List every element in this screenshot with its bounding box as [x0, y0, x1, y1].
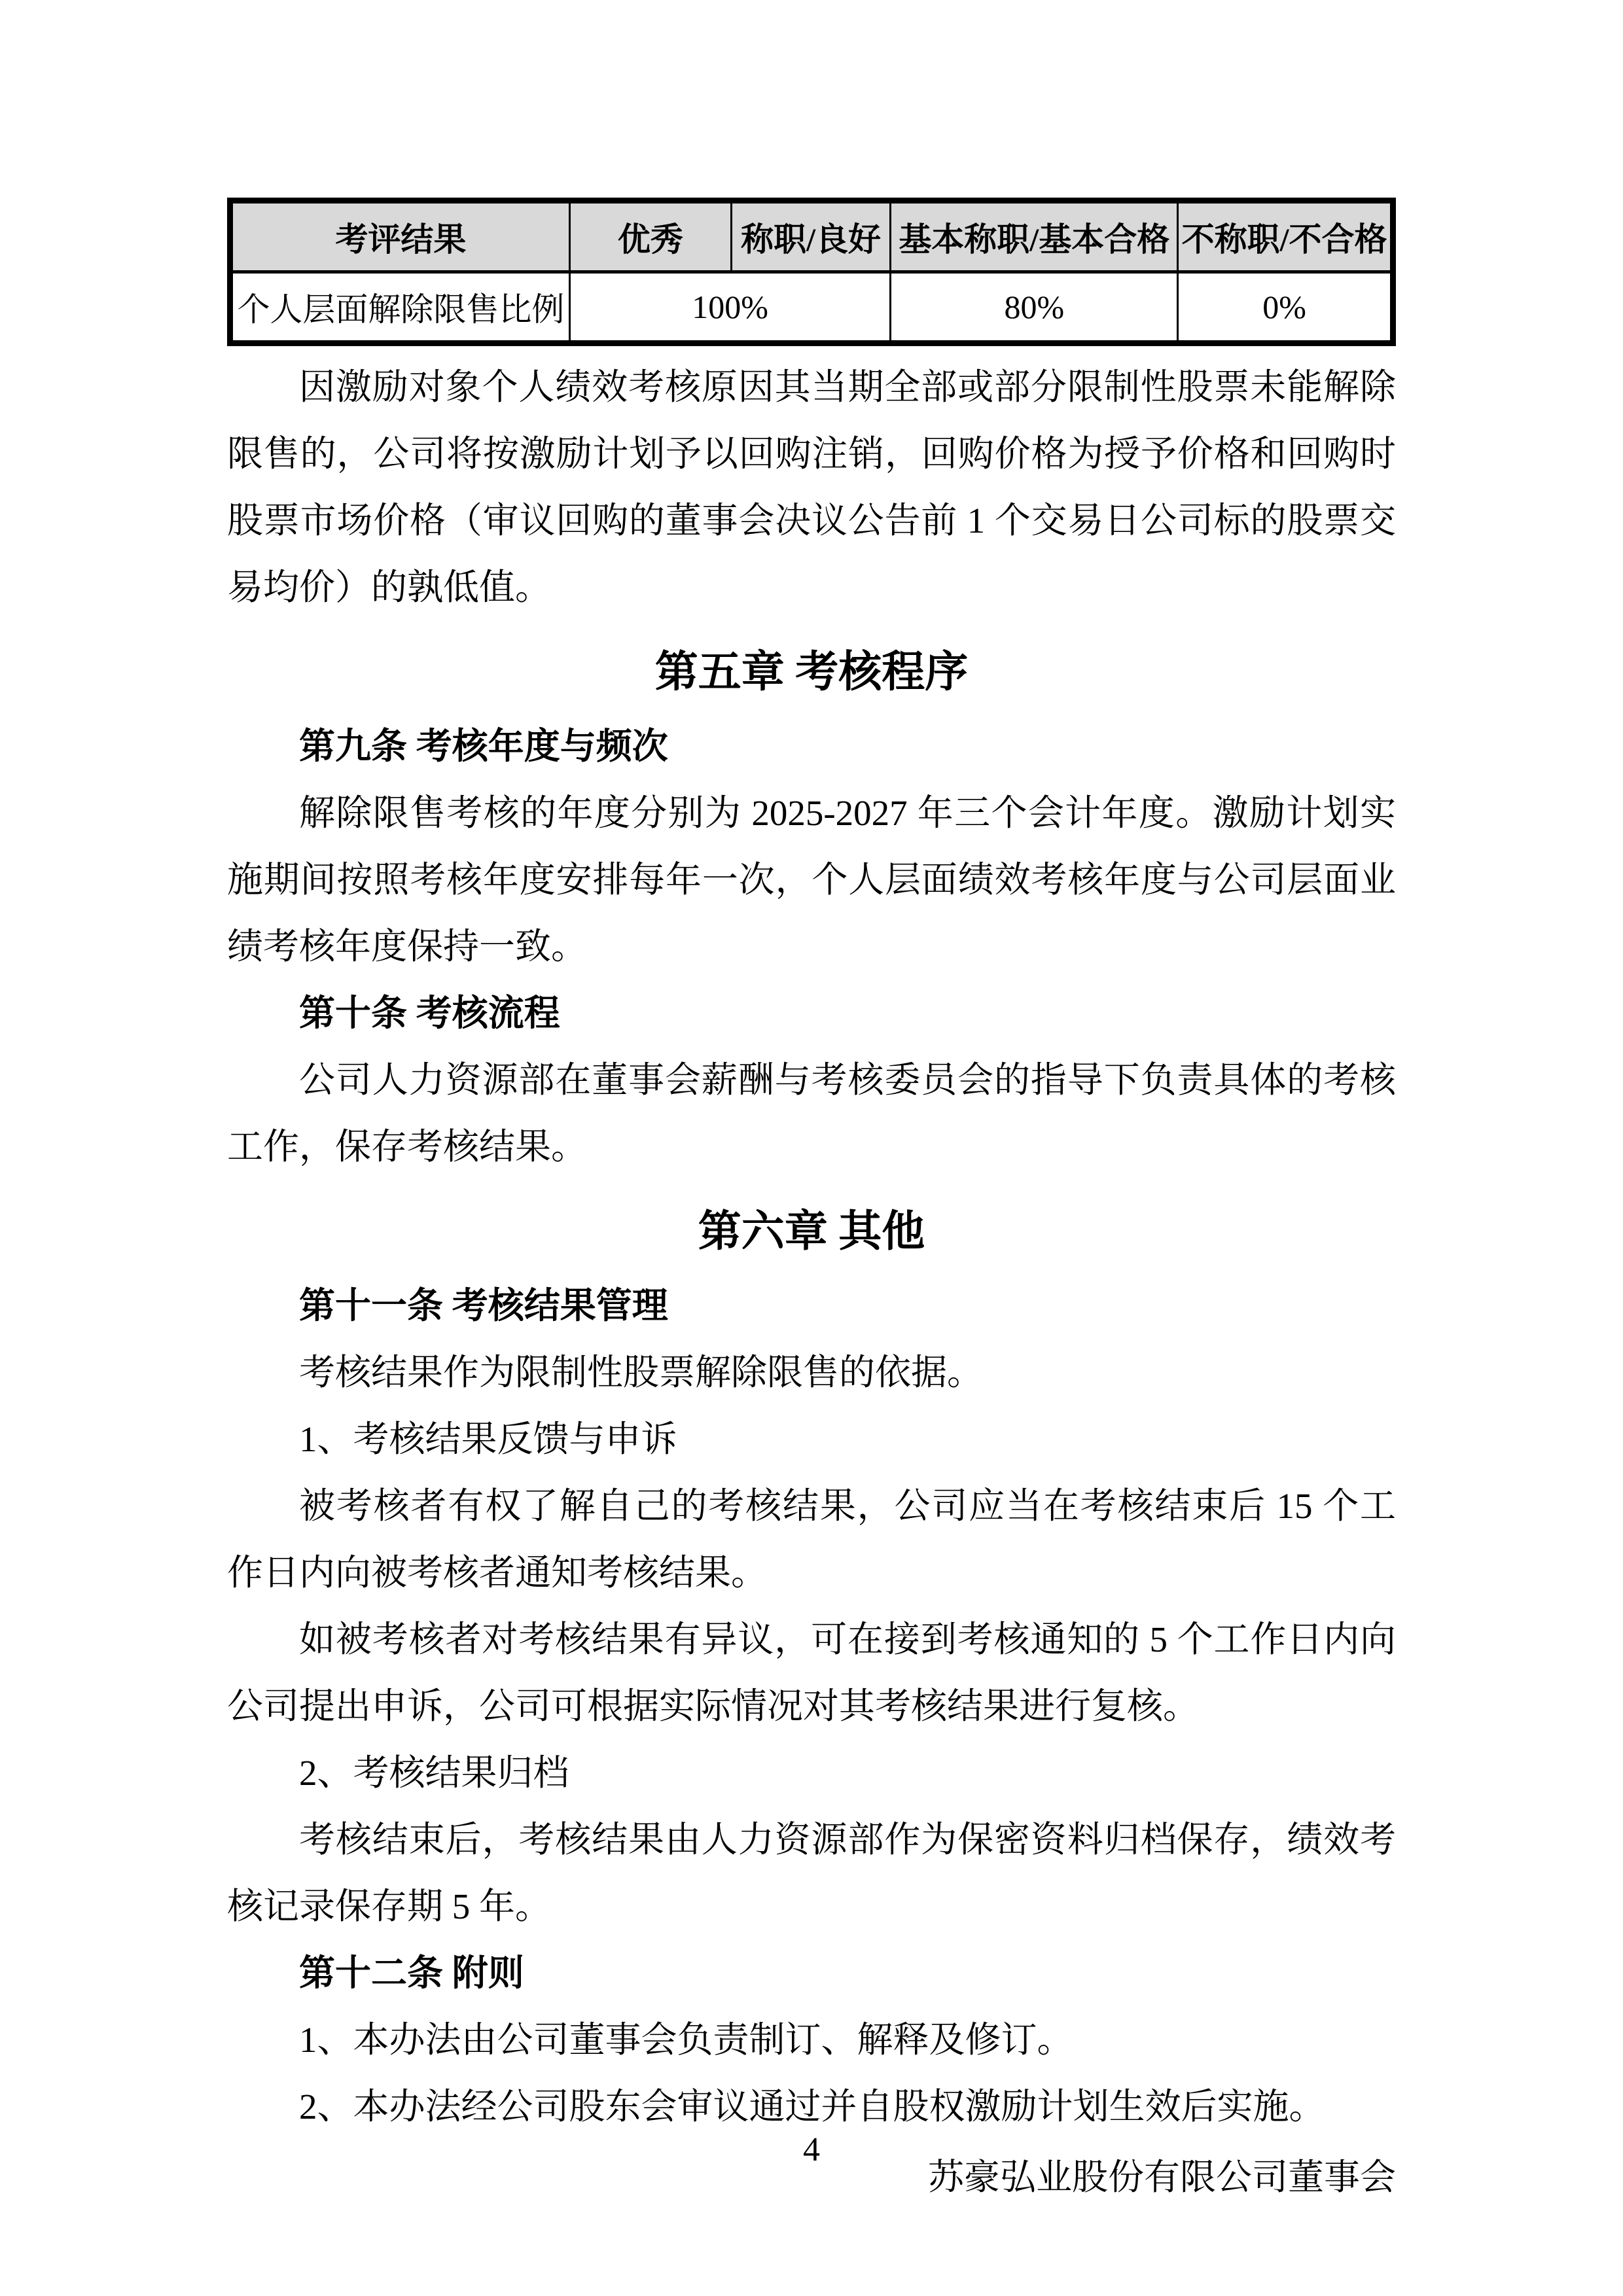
assessment-result-table: 考评结果 优秀 称职/良好 基本称职/基本合格 不称职/不合格 个人层面解除限售… — [227, 198, 1396, 346]
table-row: 个人层面解除限售比例 100% 80% 0% — [230, 272, 1393, 344]
header-cell-assessment-result: 考评结果 — [230, 201, 570, 272]
article12-heading: 第十二条 附则 — [227, 1940, 1396, 2007]
article10-heading: 第十条 考核流程 — [227, 980, 1396, 1047]
value-cell-basic: 80% — [891, 272, 1178, 344]
value-cell-excellent-competent: 100% — [569, 272, 890, 344]
article11-item1-para2: 如被考核者对考核结果有异议，可在接到考核通知的 5 个工作日内向公司提出申诉，公… — [227, 1606, 1396, 1740]
article11-heading: 第十一条 考核结果管理 — [227, 1273, 1396, 1339]
paragraph-repurchase: 因激励对象个人绩效考核原因其当期全部或部分限制性股票未能解除限售的，公司将按激励… — [227, 354, 1396, 621]
chapter5-title: 第五章 考核程序 — [227, 631, 1396, 713]
article11-item2-title: 2、考核结果归档 — [227, 1740, 1396, 1807]
table-header-row: 考评结果 优秀 称职/良好 基本称职/基本合格 不称职/不合格 — [230, 201, 1393, 272]
value-cell-unqualified: 0% — [1178, 272, 1393, 344]
chapter6-title: 第六章 其他 — [227, 1191, 1396, 1273]
article9-heading: 第九条 考核年度与频次 — [227, 713, 1396, 780]
header-cell-competent-good: 称职/良好 — [731, 201, 890, 272]
row-label-cell: 个人层面解除限售比例 — [230, 272, 570, 344]
article11-item1-para1: 被考核者有权了解自己的考核结果，公司应当在考核结束后 15 个工作日内向被考核者… — [227, 1473, 1396, 1606]
document-page: 考评结果 优秀 称职/良好 基本称职/基本合格 不称职/不合格 个人层面解除限售… — [0, 0, 1623, 2296]
header-cell-basic-qualified: 基本称职/基本合格 — [891, 201, 1178, 272]
page-number: 4 — [0, 2130, 1623, 2170]
page-content: 考评结果 优秀 称职/良好 基本称职/基本合格 不称职/不合格 个人层面解除限售… — [227, 198, 1396, 2211]
header-cell-excellent: 优秀 — [569, 201, 731, 272]
article10-body: 公司人力资源部在董事会薪酬与考核委员会的指导下负责具体的考核工作，保存考核结果。 — [227, 1047, 1396, 1180]
header-cell-unqualified: 不称职/不合格 — [1178, 201, 1393, 272]
article9-body: 解除限售考核的年度分别为 2025-2027 年三个会计年度。激励计划实施期间按… — [227, 780, 1396, 980]
article11-item2-para: 考核结束后，考核结果由人力资源部作为保密资料归档保存，绩效考核记录保存期 5 年… — [227, 1807, 1396, 1940]
article11-intro: 考核结果作为限制性股票解除限售的依据。 — [227, 1339, 1396, 1406]
article12-item1: 1、本办法由公司董事会负责制订、解释及修订。 — [227, 2007, 1396, 2074]
article11-item1-title: 1、考核结果反馈与申诉 — [227, 1406, 1396, 1473]
